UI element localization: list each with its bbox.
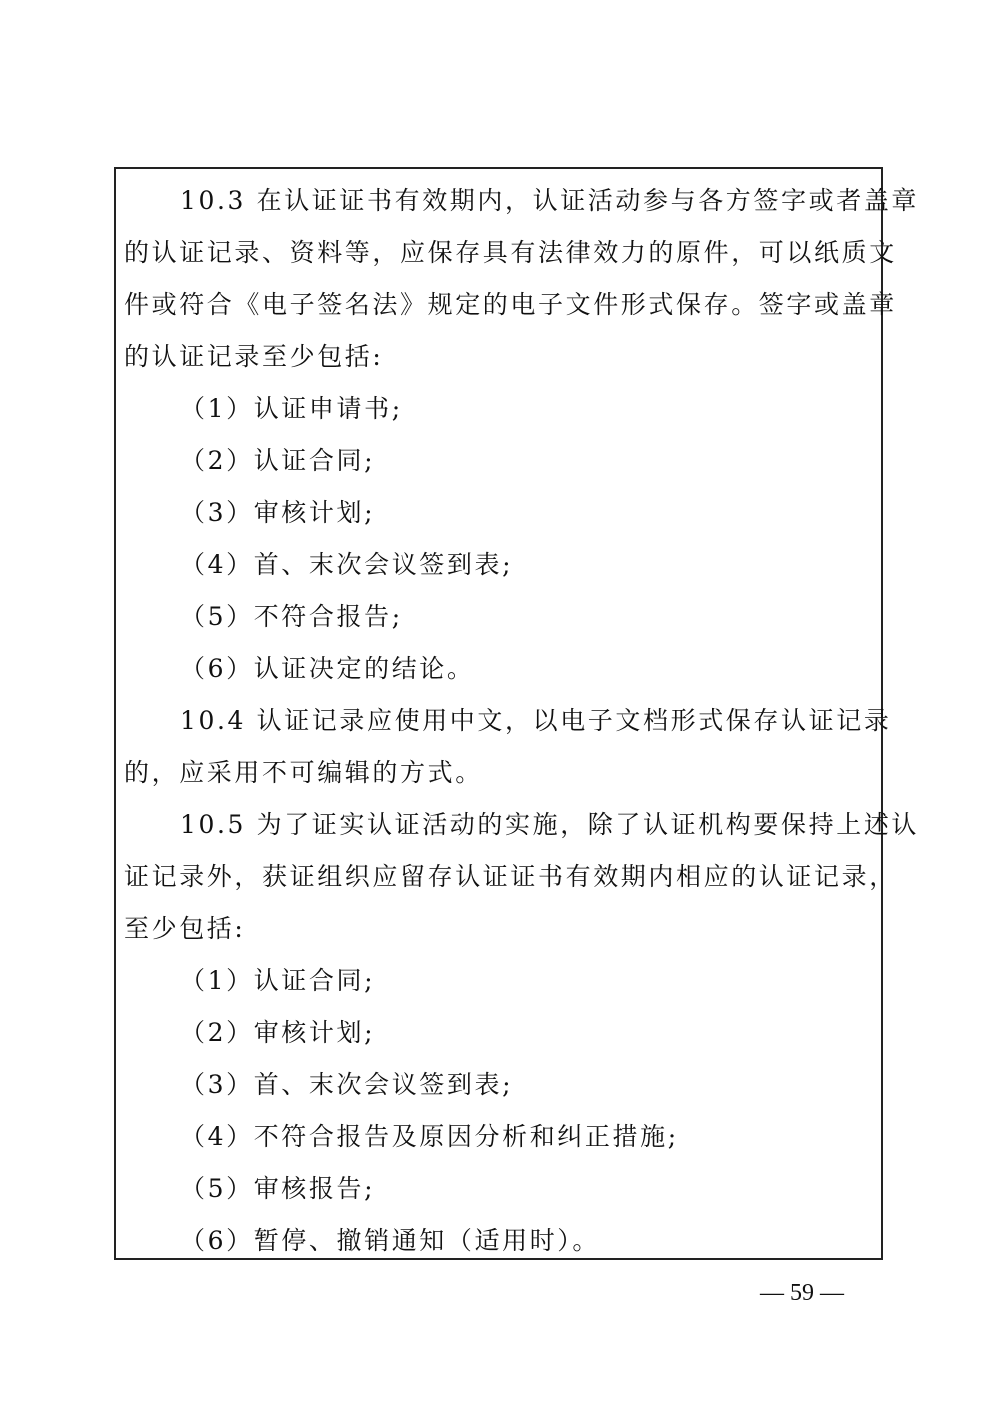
- paragraph-line: 证记录外，获证组织应留存认证证书有效期内相应的认证记录，: [124, 851, 876, 903]
- list-item: （4）不符合报告及原因分析和纠正措施;: [180, 1111, 932, 1163]
- list-item: （1）认证申请书;: [180, 383, 932, 435]
- list-item: （1）认证合同;: [180, 955, 932, 1007]
- list-item: （6）认证决定的结论。: [180, 643, 932, 695]
- paragraph-line: 10.4 认证记录应使用中文，以电子文档形式保存认证记录: [180, 695, 932, 747]
- paragraph-line: 10.3 在认证证书有效期内，认证活动参与各方签字或者盖章: [180, 175, 932, 227]
- paragraph-line: 的，应采用不可编辑的方式。: [124, 747, 876, 799]
- list-item: （6）暂停、撤销通知（适用时）。: [180, 1215, 932, 1267]
- list-item: （3）审核计划;: [180, 487, 932, 539]
- list-item: （3）首、末次会议签到表;: [180, 1059, 932, 1111]
- paragraph-line: 至少包括:: [124, 903, 876, 955]
- list-item: （4）首、末次会议签到表;: [180, 539, 932, 591]
- paragraph-line: 的认证记录至少包括:: [124, 331, 876, 383]
- list-item: （2）认证合同;: [180, 435, 932, 487]
- list-item: （5）不符合报告;: [180, 591, 932, 643]
- list-item: （5）审核报告;: [180, 1163, 932, 1215]
- paragraph-line: 件或符合《电子签名法》规定的电子文件形式保存。签字或盖章: [124, 279, 876, 331]
- page-number: — 59 —: [752, 1278, 852, 1308]
- list-item: （2）审核计划;: [180, 1007, 932, 1059]
- paragraph-line: 10.5 为了证实认证活动的实施，除了认证机构要保持上述认: [180, 799, 932, 851]
- paragraph-line: 的认证记录、资料等，应保存具有法律效力的原件，可以纸质文: [124, 227, 876, 279]
